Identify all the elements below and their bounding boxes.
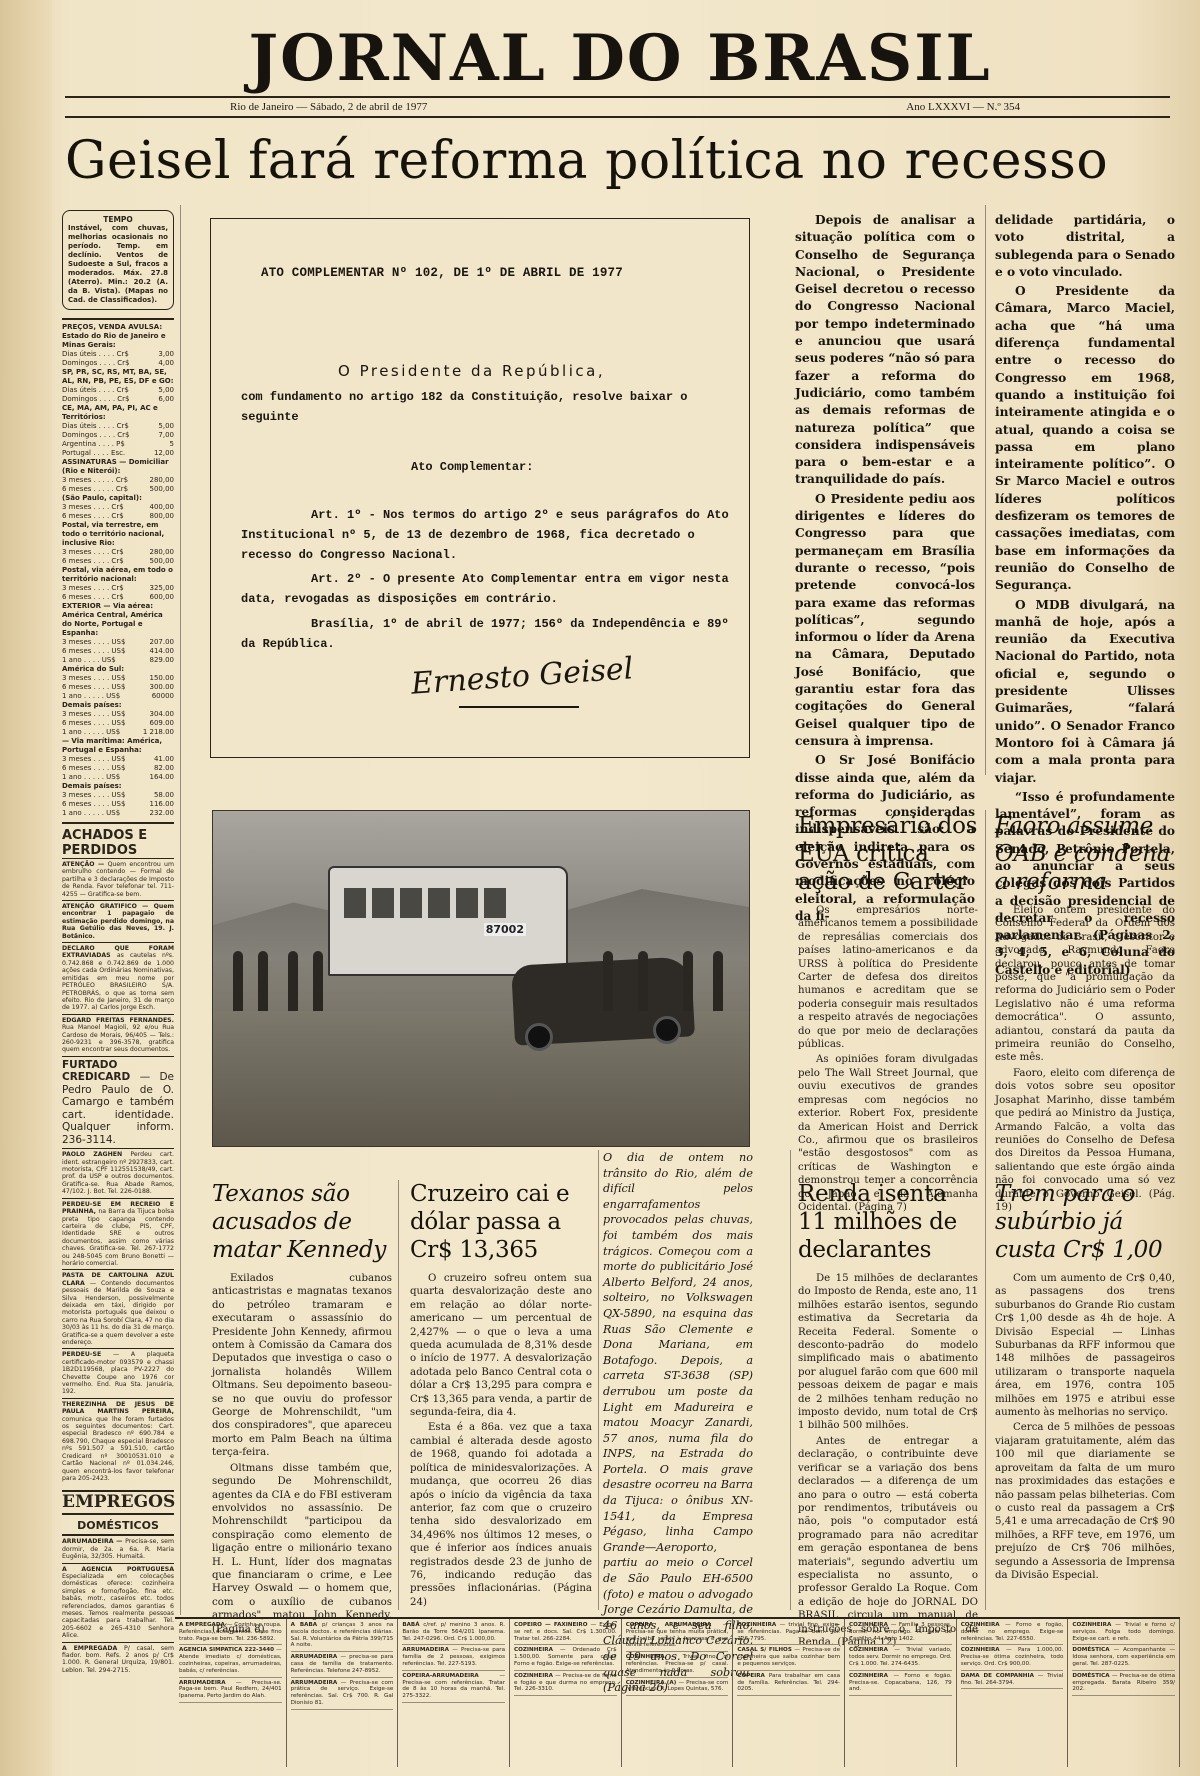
price-value: 232.00 xyxy=(150,809,175,818)
classified-ad: CASAL S/ FILHOS — Precisa-se de cozinhei… xyxy=(737,1647,840,1670)
classified-ad: COZINHEIRA — Trivial e forno c/ serviços… xyxy=(1072,1622,1175,1645)
decree-box: ATO COMPLEMENTAR Nº 102, DE 1º DE ABRIL … xyxy=(210,218,750,758)
price-group-heading: Estado do Rio de Janeiro e Minas Gerais: xyxy=(62,332,174,350)
classifieds-strip: A EMPREGADA — Cozinha e roupa. Referênci… xyxy=(175,1617,1180,1767)
story-body: Exilados cubanos anticastristas e magnat… xyxy=(212,1272,392,1636)
dateline-bar: Rio de Janeiro — Sábado, 2 de abril de 1… xyxy=(65,96,1170,118)
achados-ads: ATENÇÃO — Quem encontrou um embrulho con… xyxy=(62,858,174,1484)
story-paragraph: Oltmans disse também que, segundo De Moh… xyxy=(212,1462,392,1636)
ad-heading: COZINHEIRA xyxy=(961,1622,1005,1628)
classified-ad: THEREZINHA DE JESUS DE PAULA MARTINS PER… xyxy=(62,1398,174,1484)
achados-title: ACHADOS E PERDIDOS xyxy=(62,822,174,858)
photo-caption: O dia de ontem no trânsito do Rio, além … xyxy=(603,1150,753,1696)
ad-text: — Contendo documentos pessoais de Marild… xyxy=(62,1280,174,1346)
price-label: 1 ano . . . . . US$ xyxy=(62,809,120,818)
price-value: 500,00 xyxy=(150,557,175,566)
lead-paragraph: O Presidente pediu aos dirigentes e líde… xyxy=(795,491,975,750)
ad-heading: ARRUMADEIRA xyxy=(402,1647,452,1653)
ad-heading: ATENÇÃO — xyxy=(62,861,108,868)
weather-text: Instável, com chuvas, melhorias ocasiona… xyxy=(68,224,168,305)
masthead: JORNAL DO BRASIL xyxy=(190,22,1050,96)
prices-groups: Estado do Rio de Janeiro e Minas Gerais:… xyxy=(62,332,174,818)
decree-intro: com fundamento no artigo 182 da Constitu… xyxy=(241,387,731,427)
story-headline: Texanos são acusados de matar Kennedy xyxy=(212,1180,392,1264)
price-group-heading: CE, MA, AM, PA, PI, AC e Territórios: xyxy=(62,404,174,422)
classified-column: COZINHEIRA — Forno e fogão, dormir no em… xyxy=(957,1619,1069,1767)
classified-ad: COZINHEIRA — trivial fino, exige-se refe… xyxy=(737,1622,840,1645)
classified-ad: ARRUMADEIRA — Precisa-se, sem dormir, de… xyxy=(62,1535,174,1562)
prices-title: PREÇOS, VENDA AVULSA: xyxy=(62,323,174,332)
price-group-heading: ASSINATURAS — Domiciliar (Rio e Niterói)… xyxy=(62,458,174,476)
price-group-heading: (São Paulo, capital): xyxy=(62,494,174,503)
price-label: Domingos . . . . Cr$ xyxy=(62,359,130,368)
price-value: 414.00 xyxy=(150,647,175,656)
ad-heading: A AGENCIA PORTUGUESA xyxy=(62,1566,174,1573)
price-label: 3 meses . . . . Cr$ xyxy=(62,584,124,593)
price-value: 800,00 xyxy=(150,512,175,521)
classified-ad: COZINHEIRA — Ordenado Cr$ 1.500,00. Some… xyxy=(514,1647,617,1670)
ad-heading: EDGARD FREITAS FERNANDES. xyxy=(62,1017,174,1024)
story-paragraph: Cerca de 5 milhões de pessoas viajaram g… xyxy=(995,1421,1175,1582)
story-headline: Empresário dos EUA critica ação de Carte… xyxy=(798,812,978,896)
price-value: 150.00 xyxy=(150,674,175,683)
page-margin xyxy=(0,0,52,1776)
lead-paragraph: O Presidente da Câmara, Marco Maciel, ac… xyxy=(995,283,1175,594)
classified-column: COZINHEIRA — trivial fino, exige-se refe… xyxy=(733,1619,845,1767)
ad-heading: A EMPREGADA xyxy=(179,1622,227,1628)
price-value: 4,00 xyxy=(158,359,174,368)
price-value: 60000 xyxy=(152,692,174,701)
price-row: 1 ano . . . . . US$164.00 xyxy=(62,773,174,782)
price-row: 3 meses . . . . . Cr$280,00 xyxy=(62,476,174,485)
story-body: O cruzeiro sofreu ontem sua quarta desva… xyxy=(410,1272,592,1609)
price-row: Dias úteis . . . . Cr$5,00 xyxy=(62,386,174,395)
price-group-heading: Demais países: xyxy=(62,701,174,710)
price-value: 280,00 xyxy=(150,548,175,557)
price-label: 1 ano . . . . . US$ xyxy=(62,728,120,737)
price-label: 6 meses . . . . US$ xyxy=(62,764,125,773)
story-renda: Renda isenta 11 milhões de declarantes D… xyxy=(798,1180,978,1651)
classified-ad: EDGARD FREITAS FERNANDES. Rua Manoel Mag… xyxy=(62,1014,174,1056)
ad-heading: A BABA xyxy=(291,1622,322,1628)
price-value: 116.00 xyxy=(150,800,175,809)
story-faoro: Faoro assume OAB e condena a reforma Ele… xyxy=(995,812,1175,1216)
dateline-issue: Ano LXXXVI — N.º 354 xyxy=(906,98,1020,116)
column-rule xyxy=(398,1180,399,1610)
price-label: 3 meses . . . . Cr$ xyxy=(62,548,124,557)
decree-title: ATO COMPLEMENTAR Nº 102, DE 1º DE ABRIL … xyxy=(261,266,623,280)
ad-heading: COZINHEIRA xyxy=(626,1654,671,1660)
story-paragraph: Eleito ontem presidente do Conselho Fede… xyxy=(995,904,1175,1065)
price-group-heading: Postal, via terrestre, em todo o territó… xyxy=(62,521,174,548)
price-label: Argentina . . . . P$ xyxy=(62,440,125,449)
newspaper-title: JORNAL DO BRASIL xyxy=(199,22,1042,96)
ad-text: Especializada em colocações domésticas o… xyxy=(62,1573,174,1639)
ad-heading: COZINHEIRA xyxy=(737,1622,779,1628)
ad-heading: BABÁ xyxy=(402,1622,423,1628)
lead-paragraph: Depois de analisar a situação política c… xyxy=(795,212,975,489)
price-value: 82.00 xyxy=(154,764,174,773)
classified-ad: ARRUMADEIRA — precisa-se para casa de fa… xyxy=(291,1654,394,1677)
ad-heading: A EMPREGADA xyxy=(62,1645,124,1652)
column-rule xyxy=(598,1150,599,1610)
story-carter: Empresário dos EUA critica ação de Carte… xyxy=(798,812,978,1216)
ad-text: comunica que lhe foram furtados os segui… xyxy=(62,1416,174,1482)
classified-ad: COZINHEIRA — Para 1.000,00. Precisa-se ó… xyxy=(961,1647,1064,1670)
story-cruzeiro: Cruzeiro cai e dólar passa a Cr$ 13,365 … xyxy=(410,1180,592,1611)
price-value: 325,00 xyxy=(150,584,175,593)
price-row: 3 meses . . . . Cr$325,00 xyxy=(62,584,174,593)
ad-heading: COZINHEIRA xyxy=(849,1647,894,1653)
dateline-date: Rio de Janeiro — Sábado, 2 de abril de 1… xyxy=(230,98,427,116)
story-body: De 15 milhões de declarantes do Imposto … xyxy=(798,1272,978,1649)
classified-ad: PERDEU-SE — A plaqueta certificado-motor… xyxy=(62,1348,174,1397)
story-paragraph: De 15 milhões de declarantes do Imposto … xyxy=(798,1272,978,1433)
classified-ad: DOMÉSTICA — Precisa-se de ótima empregad… xyxy=(1072,1673,1175,1696)
column-rule xyxy=(790,1150,791,1610)
price-row: 6 meses . . . . US$609.00 xyxy=(62,719,174,728)
price-value: 829.00 xyxy=(150,656,175,665)
classified-column: A EMPREGADA — Cozinha e roupa. Referênci… xyxy=(175,1619,287,1767)
price-value: 3,00 xyxy=(158,350,174,359)
price-value: 12,00 xyxy=(154,449,174,458)
classified-ad: DOMÉSTICA — Acompanhante — Idosa senhora… xyxy=(1072,1647,1175,1670)
ad-heading: AGENCIA SIMPATICA 222-3440 xyxy=(179,1647,276,1653)
classified-ad: COZINHEIRA (A) — Precisa-se com referênc… xyxy=(626,1680,729,1697)
ad-heading: ARRUMADEIRA — xyxy=(62,1538,125,1545)
price-label: Domingos . . . . Cr$ xyxy=(62,395,130,404)
main-headline: Geisel fará reforma política no recesso xyxy=(65,130,1175,192)
price-group-heading: SP, PR, SC, RS, MT, BA, SE, AL, RN, PB, … xyxy=(62,368,174,386)
ad-heading: ARRUMADEIRA xyxy=(291,1680,341,1686)
story-body: Os empresários norte-americanos temem a … xyxy=(798,904,978,1214)
price-value: 1 218.00 xyxy=(143,728,174,737)
classified-ad: PAOLO ZAGHEN Perdeu cart. ident. estrang… xyxy=(62,1148,174,1197)
classified-column: A BABA p/ crianças 3 anos na escola doct… xyxy=(287,1619,399,1767)
price-row: 6 meses . . . . US$116.00 xyxy=(62,800,174,809)
price-row: 3 meses . . . . US$58.00 xyxy=(62,791,174,800)
classified-ad: COZINHEIRA — Forno e fogão. Precisa-se. … xyxy=(849,1673,952,1696)
classified-ad: ATENÇÃO — Quem encontrou um embrulho con… xyxy=(62,858,174,900)
decree-heading: Ato Complementar: xyxy=(411,457,533,477)
classified-ad: AGENCIA SIMPATICA 222-3440 — Atende imed… xyxy=(179,1647,282,1677)
classified-ad: FURTADO CREDICARD — De Pedro Paulo de O.… xyxy=(62,1056,174,1149)
price-label: Portugal . . . . Esc. xyxy=(62,449,125,458)
price-row: 1 ano . . . . . US$1 218.00 xyxy=(62,728,174,737)
price-label: Dias úteis . . . . Cr$ xyxy=(62,386,129,395)
price-label: 3 meses . . . . US$ xyxy=(62,638,125,647)
ad-heading: ATENÇÃO GRATIFICO — Quem encontrar 1 pap… xyxy=(62,903,174,940)
empregos-ads: ARRUMADEIRA — Precisa-se, sem dormir, de… xyxy=(62,1535,174,1676)
price-label: 3 meses . . . . US$ xyxy=(62,791,125,800)
ad-text: Rua Manoel Magioli, 92 e/ou Rua Cardoso … xyxy=(62,1024,174,1053)
ad-heading: COZINHEIRA xyxy=(961,1647,1006,1653)
ad-heading: ARRUMADEIRA xyxy=(291,1654,341,1660)
story-headline: Cruzeiro cai e dólar passa a Cr$ 13,365 xyxy=(410,1180,592,1264)
price-value: 164.00 xyxy=(150,773,175,782)
price-label: 6 meses . . . . Cr$ xyxy=(62,512,124,521)
classified-ad: BABÁ c/ref. p/ menino 3 anos. R. Barão d… xyxy=(402,1622,505,1645)
price-value: 500,00 xyxy=(150,485,175,494)
classified-ad: A EMPREGADA — Cozinha e roupa. Referênci… xyxy=(179,1622,282,1645)
story-paragraph: Com um aumento de Cr$ 0,40, as passagens… xyxy=(995,1272,1175,1419)
story-headline: Faoro assume OAB e condena a reforma xyxy=(995,812,1175,896)
story-paragraph: Os empresários norte-americanos temem a … xyxy=(798,904,978,1051)
price-value: 5 xyxy=(170,440,174,449)
price-row: Domingos . . . . Cr$4,00 xyxy=(62,359,174,368)
story-body: Com um aumento de Cr$ 0,40, as passagens… xyxy=(995,1272,1175,1582)
decree-president-line: O Presidente da República, xyxy=(338,362,605,380)
column-rule xyxy=(985,810,986,1610)
classified-ad: A BABA p/ crianças 3 anos na escola doct… xyxy=(291,1622,394,1652)
price-row: 6 meses . . . . Cr$800,00 xyxy=(62,512,174,521)
ad-heading: COZINHEIRA xyxy=(849,1622,891,1628)
classified-column: COPEIRA ARRUMADEIRA — Precisa-se que ten… xyxy=(622,1619,734,1767)
price-label: 1 ano . . . . . US$ xyxy=(62,773,120,782)
ad-heading: CASAL S/ FILHOS xyxy=(737,1647,794,1653)
empregos-title: EMPREGOS xyxy=(62,1490,174,1515)
accident-photo: 87002 xyxy=(212,810,750,1147)
price-row: 3 meses . . . . US$207.00 xyxy=(62,638,174,647)
price-label: 6 meses . . . . US$ xyxy=(62,647,125,656)
lead-paragraph: O MDB divulgará, na manhã de hoje, após … xyxy=(995,597,1175,787)
story-body: Eleito ontem presidente do Conselho Fede… xyxy=(995,904,1175,1214)
price-row: Domingos . . . . Cr$6,00 xyxy=(62,395,174,404)
price-row: 6 meses . . . . Cr$600,00 xyxy=(62,593,174,602)
classified-ad: COZINHEIRA — Família 3 pessoas, dormir n… xyxy=(849,1622,952,1645)
ad-heading: DOMÉSTICA xyxy=(1072,1647,1113,1653)
price-label: 1 ano . . . . . US$ xyxy=(62,692,120,701)
story-headline: Renda isenta 11 milhões de declarantes xyxy=(798,1180,978,1264)
bus-number: 87002 xyxy=(484,923,526,936)
price-label: 6 meses . . . . US$ xyxy=(62,719,125,728)
ad-heading: COZINHEIRA (A) xyxy=(626,1680,679,1686)
price-label: 6 meses . . . . Cr$ xyxy=(62,593,124,602)
classified-ad: PASTA DE CARTOLINA AZUL CLARA — Contendo… xyxy=(62,1269,174,1348)
price-label: 6 meses . . . . . Cr$ xyxy=(62,485,128,494)
price-value: 609.00 xyxy=(150,719,175,728)
price-value: 304.00 xyxy=(150,710,175,719)
price-row: 3 meses . . . . Cr$280,00 xyxy=(62,548,174,557)
price-value: 7,00 xyxy=(158,431,174,440)
ad-text: Perdeu cart. ident. estrangeiro nº 29278… xyxy=(62,1151,174,1195)
price-group-heading: América do Sul: xyxy=(62,665,174,674)
price-value: 6,00 xyxy=(158,395,174,404)
story-trem: Trem para o subúrbio já custa Cr$ 1,00 C… xyxy=(995,1180,1175,1584)
ad-heading: DOMÉSTICA xyxy=(1072,1673,1111,1679)
price-label: 3 meses . . . . US$ xyxy=(62,755,125,764)
ad-heading: COPEIRA xyxy=(737,1673,768,1679)
classified-ad: DECLARO QUE FORAM EXTRAVIADAS as cautela… xyxy=(62,942,174,1014)
ad-heading: COZINHEIRA xyxy=(849,1673,893,1679)
price-label: 6 meses . . . . US$ xyxy=(62,800,125,809)
price-row: Argentina . . . . P$5 xyxy=(62,440,174,449)
price-value: 400,00 xyxy=(150,503,175,512)
left-column: TEMPO Instável, com chuvas, melhorias oc… xyxy=(62,210,174,1676)
classified-column: COZINHEIRA — Trivial e forno c/ serviços… xyxy=(1068,1619,1180,1767)
price-row: 1 ano . . . . US$829.00 xyxy=(62,656,174,665)
classified-ad: COZINHEIRA — Precisa-se de forno e fogão… xyxy=(514,1673,617,1696)
classified-column: COPEIRO — FAXINEIRO — Exige-se ref. e do… xyxy=(510,1619,622,1767)
story-paragraph: Exilados cubanos anticastristas e magnat… xyxy=(212,1272,392,1460)
price-row: 6 meses . . . . . Cr$500,00 xyxy=(62,485,174,494)
decree-closing: Brasília, 1º de abril de 1977; 156º da I… xyxy=(241,614,731,654)
price-label: 1 ano . . . . US$ xyxy=(62,656,116,665)
price-value: 41.00 xyxy=(154,755,174,764)
price-row: 1 ano . . . . . US$60000 xyxy=(62,692,174,701)
classified-ad: ATENÇÃO GRATIFICO — Quem encontrar 1 pap… xyxy=(62,900,174,942)
classified-ad: ARRUMADEIRA — Precisa-se. Paga-se bem. P… xyxy=(179,1680,282,1703)
price-row: 3 meses . . . . US$41.00 xyxy=(62,755,174,764)
price-group-heading: Postal, via aérea, em todo o território … xyxy=(62,566,174,584)
classified-column: BABÁ c/ref. p/ menino 3 anos. R. Barão d… xyxy=(398,1619,510,1767)
classified-ad: A AGENCIA PORTUGUESA Especializada em co… xyxy=(62,1563,174,1642)
weather-box: TEMPO Instável, com chuvas, melhorias oc… xyxy=(62,210,174,310)
price-row: 3 meses . . . . US$150.00 xyxy=(62,674,174,683)
price-label: Dias úteis . . . . Cr$ xyxy=(62,422,129,431)
story-kennedy: Texanos são acusados de matar Kennedy Ex… xyxy=(212,1180,392,1638)
price-row: 6 meses . . . . US$300.00 xyxy=(62,683,174,692)
ad-heading: COPEIRO — FAXINEIRO xyxy=(514,1622,591,1628)
price-row: 3 meses . . . . US$304.00 xyxy=(62,710,174,719)
price-value: 5,00 xyxy=(158,422,174,431)
classified-ad: PERDEU-SE EM RECREIO E PRAINHA, na Barra… xyxy=(62,1198,174,1270)
classified-ad: ARRUMADEIRA — Precisa-se para família de… xyxy=(402,1647,505,1670)
price-label: 3 meses . . . . Cr$ xyxy=(62,503,124,512)
price-value: 207.00 xyxy=(150,638,175,647)
price-label: 3 meses . . . . US$ xyxy=(62,674,125,683)
ad-heading: COZINHEIRA xyxy=(1072,1622,1115,1628)
price-row: 3 meses . . . . Cr$400,00 xyxy=(62,503,174,512)
ad-heading: FURTADO CREDICARD xyxy=(62,1059,140,1084)
ad-heading: ARRUMADEIRA xyxy=(179,1680,236,1686)
price-row: 6 meses . . . . US$414.00 xyxy=(62,647,174,656)
ad-text: — A plaqueta certificado-motor 093579 e … xyxy=(62,1351,174,1395)
classified-ad: DAMA DE COMPANHIA — Trivial fino. Tel. 2… xyxy=(961,1673,1064,1690)
price-label: Domingos . . . . Cr$ xyxy=(62,431,130,440)
price-row: Portugal . . . . Esc.12,00 xyxy=(62,449,174,458)
price-row: 1 ano . . . . . US$232.00 xyxy=(62,809,174,818)
signature-underline xyxy=(459,706,579,708)
price-row: Dias úteis . . . . Cr$5,00 xyxy=(62,422,174,431)
price-value: 300.00 xyxy=(150,683,175,692)
weather-title: TEMPO xyxy=(68,215,168,224)
classified-ad: A EMPREGADA P/ casal, sem fiador. bom. R… xyxy=(62,1642,174,1677)
classified-ad: COPEIRA-ARRUMADEIRA — Precisa-se com ref… xyxy=(402,1673,505,1703)
price-label: Dias úteis . . . . Cr$ xyxy=(62,350,129,359)
classified-ad: COPEIRA ARRUMADEIRA — Precisa-se que ten… xyxy=(626,1622,729,1652)
classified-ad: COPEIRO — FAXINEIRO — Exige-se ref. e do… xyxy=(514,1622,617,1645)
classified-ad: COZINHEIRA — Trivial variado, todos serv… xyxy=(849,1647,952,1670)
photo-bus: 87002 xyxy=(328,866,568,976)
price-row: Dias úteis . . . . Cr$3,00 xyxy=(62,350,174,359)
ad-heading: THEREZINHA DE JESUS DE PAULA MARTINS PER… xyxy=(62,1401,174,1415)
story-paragraph: O cruzeiro sofreu ontem sua quarta desva… xyxy=(410,1272,592,1419)
price-label: 6 meses . . . . US$ xyxy=(62,683,125,692)
price-row: 6 meses . . . . US$82.00 xyxy=(62,764,174,773)
classified-ad: COZINHEIRA — Forno e fogão, dormir no em… xyxy=(961,1622,1064,1645)
domesticos-title: DOMÉSTICOS xyxy=(62,1515,174,1535)
column-rule xyxy=(180,205,181,1615)
price-group-heading: — Via marítima: América, Portugal e Espa… xyxy=(62,737,174,755)
newspaper-page: JORNAL DO BRASIL Rio de Janeiro — Sábado… xyxy=(0,0,1200,1776)
ad-heading: COZINHEIRA xyxy=(514,1673,555,1679)
ad-heading: COPEIRA ARRUMADEIRA xyxy=(626,1622,723,1628)
price-value: 600,00 xyxy=(150,593,175,602)
ad-heading: COZINHEIRA xyxy=(514,1647,560,1653)
price-row: 6 meses . . . . Cr$500,00 xyxy=(62,557,174,566)
price-value: 5,00 xyxy=(158,386,174,395)
lead-paragraph: delidade partidária, o voto distrital, a… xyxy=(995,212,1175,281)
ad-text: as cautelas nºs. 0.742.868 e 0.742.869 d… xyxy=(62,952,174,1011)
signature: Ernesto Geisel xyxy=(410,651,634,701)
price-value: 280,00 xyxy=(150,476,175,485)
price-label: 6 meses . . . . Cr$ xyxy=(62,557,124,566)
price-group-heading: EXTERIOR — Via aérea: América Central, A… xyxy=(62,602,174,638)
ad-heading: COPEIRA-ARRUMADEIRA xyxy=(402,1673,499,1679)
decree-art2: Art. 2º - O presente Ato Complementar en… xyxy=(241,569,731,609)
price-label: 3 meses . . . . . Cr$ xyxy=(62,476,128,485)
classified-ad: ARRUMADEIRA — Precisa-se com prática de … xyxy=(291,1680,394,1710)
price-row: Domingos . . . . Cr$7,00 xyxy=(62,431,174,440)
ad-heading: PERDEU-SE xyxy=(62,1351,113,1358)
prices-box: PREÇOS, VENDA AVULSA: Estado do Rio de J… xyxy=(62,318,174,818)
classified-ad: COZINHEIRA — Trivial fino, c/ referência… xyxy=(626,1654,729,1677)
decree-art1: Art. 1º - Nos termos do artigo 2º e seus… xyxy=(241,505,731,565)
ad-text: na Barra da Tijuca bolsa preta tipo capa… xyxy=(62,1208,174,1267)
column-rule xyxy=(985,205,986,775)
price-group-heading: Demais países: xyxy=(62,782,174,791)
ad-heading: DAMA DE COMPANHIA xyxy=(961,1673,1038,1679)
classified-ad: COPEIRA Para trabalhar em casa de famíli… xyxy=(737,1673,840,1696)
classified-column: COZINHEIRA — Família 3 pessoas, dormir n… xyxy=(845,1619,957,1767)
price-label: 3 meses . . . . US$ xyxy=(62,710,125,719)
story-paragraph: Esta é a 86a. vez que a taxa cambial é a… xyxy=(410,1421,592,1609)
ad-heading: PAOLO ZAGHEN xyxy=(62,1151,130,1158)
price-value: 58.00 xyxy=(154,791,174,800)
story-headline: Trem para o subúrbio já custa Cr$ 1,00 xyxy=(995,1180,1175,1264)
